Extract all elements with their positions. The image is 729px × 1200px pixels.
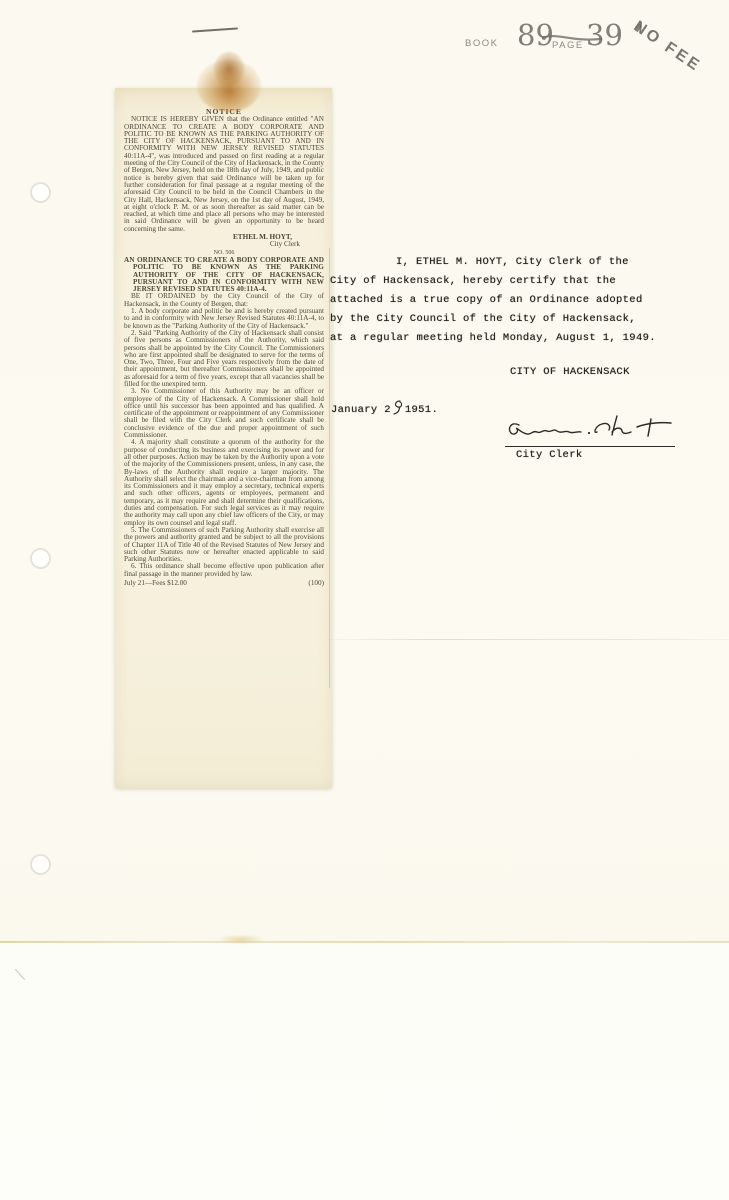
newspaper-clipping: NOTICE NOTICE IS HEREBY GIVEN that the O… <box>115 88 332 788</box>
ordinance-section-2: 2. Said "Parking Authority of the City o… <box>124 330 324 388</box>
certification-line: by the City Council of the City of Hacke… <box>330 310 710 329</box>
ordinance-title: AN ORDINANCE TO CREATE A BODY CORPORATE … <box>133 257 324 293</box>
ordinance-section-4: 4. A majority shall constitute a quorum … <box>124 439 324 527</box>
punch-hole-top <box>30 182 51 203</box>
clerk-title-label: City Clerk <box>516 449 583 461</box>
clipping-signature-title: City Clerk <box>124 241 324 248</box>
legal-notice-paragraph: NOTICE IS HEREBY GIVEN that the Ordinanc… <box>124 116 324 233</box>
certification-line: I, ETHEL M. HOYT, City Clerk of the <box>330 253 710 272</box>
certification-line: at a regular meeting held Monday, August… <box>330 329 710 348</box>
certification-line: City of Hackensack, hereby certify that … <box>330 272 710 291</box>
ordinance-section-1: 1. A body corporate and politic be and i… <box>124 308 324 330</box>
date-typed-left: January 2 <box>331 404 391 416</box>
scratch-mark <box>15 969 25 980</box>
staple-mark <box>192 27 238 32</box>
certification-text: I, ETHEL M. HOYT, City Clerk of the City… <box>330 253 710 348</box>
enactment-clause: BE IT ORDAINED by the City Council of th… <box>124 293 324 308</box>
punch-hole-bottom <box>30 854 51 875</box>
fold-crease-middle <box>326 639 729 640</box>
clipping-footer: July 21—Fees $12.00 (100) <box>124 580 324 587</box>
certification-line: attached is a true copy of an Ordinance … <box>330 291 710 310</box>
handwritten-mark <box>392 399 404 415</box>
signature-line <box>505 446 675 447</box>
page-number-stamp: 39 <box>586 18 623 52</box>
ordinance-section-5: 5. The Commissioners of such Parking Aut… <box>124 527 324 563</box>
date-line: January 21951. <box>331 399 438 416</box>
clipping-footer-code: (100) <box>308 580 324 587</box>
fold-crease-lower <box>0 941 729 943</box>
book-stamp-label: BOOK <box>465 38 498 49</box>
scanned-document-page: BOOK 89 PAGE 39 NO FEE NOTICE NOTICE IS … <box>0 0 729 1200</box>
publication-fee-note: July 21—Fees $12.00 <box>124 580 187 587</box>
city-name-line: CITY OF HACKENSACK <box>510 366 630 378</box>
city-clerk-signature <box>505 413 677 454</box>
page-stamp-label: PAGE <box>552 40 584 51</box>
date-typed-right: 1951. <box>405 404 438 416</box>
ordinance-section-3: 3. No Commissioner of this Authority may… <box>124 388 324 439</box>
rust-stain-core <box>214 52 244 86</box>
no-fee-stamp: NO FEE <box>630 18 704 76</box>
ordinance-section-6: 6. This ordinance shall become effective… <box>124 563 324 578</box>
punch-hole-middle <box>30 548 51 569</box>
